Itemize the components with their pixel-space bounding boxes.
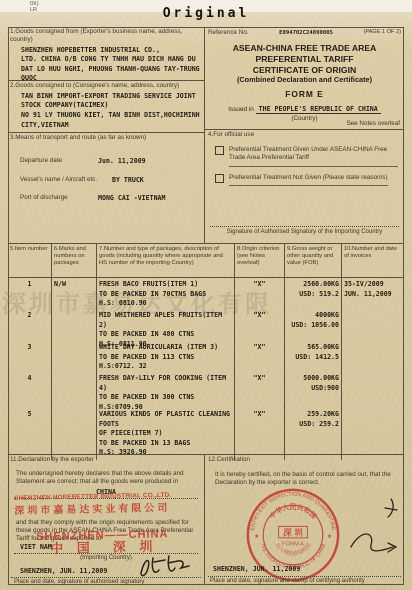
certifier-signature-caption: Place and date, signature and stamp of c…	[210, 578, 365, 586]
certifier-place-date: SHENZHEN, JUN. 11,2009	[213, 565, 300, 575]
svg-text:深 圳: 深 圳	[283, 526, 303, 537]
row-invoice	[342, 341, 404, 374]
issued-in-label: Issued in	[228, 106, 254, 113]
handwritten-scribble	[345, 495, 403, 565]
col-invoices: 10.Number and date of invoices	[342, 244, 404, 277]
col-origin-criterion: 8.Origin criterion (see Notes overleaf)	[235, 244, 285, 277]
table-row: 1 N/W FRESH BACO FRUITS(ITEM 1) TO BE PA…	[8, 278, 404, 309]
box3-label: 3.Means of transport and route (as far a…	[8, 133, 204, 143]
vessel-label: Vessel's name / Aircraft etc.	[20, 176, 112, 186]
preferential-not-given-label: Preferential Treatment Not Given (Please…	[229, 174, 388, 187]
page-number-label: (PAGE 1 OF 2)	[363, 29, 401, 37]
box2-goods-consigned-to: 2.Goods consigned to (Consignee's name, …	[8, 81, 205, 133]
reference-no-label: Reference No.	[208, 29, 249, 37]
certification-text: It is hereby certified, on the basis of …	[215, 471, 395, 487]
box2-label: 2.Goods consigned to (Consignee's name, …	[8, 81, 204, 91]
row-weight: 565.00KG USD: 1412.5	[285, 341, 342, 374]
box4-for-official-use: 4.For official use Preferential Treatmen…	[205, 130, 404, 243]
exporter-place-date: SHENZHEN, JUN. 11,2009	[20, 567, 107, 577]
goods-table-header: 5.Item number 6.Marks and numbers on pac…	[8, 243, 404, 278]
row-marks	[52, 408, 97, 460]
box4-label: 4.For official use	[205, 130, 404, 140]
box1-goods-consigned-from: 1.Goods consigned from (Exporter's busin…	[8, 27, 205, 81]
table-row: 5 VARIOUS KINDS OF PLASTIC CLEANING FOOT…	[8, 408, 404, 455]
document-copy-label: Original	[0, 6, 412, 21]
title-line-2: PREFERENTIAL TARIFF	[205, 54, 404, 65]
row-weight: 2560.00KG USD: 519.2	[285, 278, 342, 311]
vessel-value: BY TRUCK	[112, 176, 144, 186]
svg-text:★: ★	[254, 533, 259, 540]
box11-declaration: 11.Declaration by the exporter The under…	[8, 455, 205, 585]
row-item: 5	[8, 408, 52, 460]
row-invoice	[342, 408, 404, 460]
row-item: 3	[8, 341, 52, 374]
box12-certification: 12.Certification It is hereby certified,…	[205, 455, 404, 585]
box11-label: 11.Declaration by the exporter	[8, 455, 204, 465]
col-description: 7.Number and type of packages, descripti…	[97, 244, 235, 277]
port-discharge-label: Port of discharge	[20, 194, 98, 204]
preferential-given-label: Preferential Treatment Given Under ASEAN…	[229, 146, 398, 167]
form-e-label: FORM E	[205, 89, 404, 99]
declaration-text-1: The undersigned hereby declares that the…	[16, 470, 194, 486]
see-notes-overleaf: See Notes overleaf	[346, 120, 400, 128]
col-gross-weight: 9.Gross weight or other quantity and val…	[285, 244, 342, 277]
svg-text:ENTRY-EXIT INSPECTION AND QUAR: ENTRY-EXIT INSPECTION AND QUARANTINE	[250, 492, 336, 532]
row-description: VARIOUS KINDS OF PLASTIC CLEANING FOOTS …	[97, 408, 235, 460]
certificate-title-block: Reference No. E094702C24890005 (PAGE 1 O…	[205, 27, 404, 130]
reference-no-value: E094702C24890005	[279, 29, 333, 37]
table-row: 2 MID WHITHERED APLES FRUITS(ITEM 2) TO …	[8, 309, 404, 341]
svg-text:★: ★	[327, 533, 332, 540]
svg-text:FORM A: FORM A	[282, 542, 304, 548]
table-row: 4 FRESH DAY-LILY FOR COOKING (ITEM 4) TO…	[8, 372, 404, 408]
row-origin: "X"	[235, 341, 285, 374]
box1-label: 1.Goods consigned from (Exporter's busin…	[8, 27, 204, 45]
row-weight: 259.20KG USD: 259.2	[285, 408, 342, 460]
exporter-signature-caption: Place and date, signature of authorised …	[14, 579, 144, 587]
col-item-number: 5.Item number	[8, 244, 52, 277]
exporter-stamp-cn: 深圳市嘉易达实业有限公司	[14, 498, 202, 517]
box12-label: 12.Certification	[205, 455, 404, 465]
title-line-3: CERTIFICATE OF ORIGIN	[205, 65, 404, 76]
departure-date-label: Departure date	[20, 157, 98, 167]
box3-means-of-transport: 3.Means of transport and route (as far a…	[8, 133, 205, 243]
row-item: 1	[8, 278, 52, 311]
row-description: WHITE DRY AURICULARIA (ITEM 3) TO BE PAC…	[97, 341, 235, 374]
table-row: 3 WHITE DRY AURICULARIA (ITEM 3) TO BE P…	[8, 341, 404, 372]
row-description: FRESH BACO FRUITS(ITEM 1) TO BE PACKED I…	[97, 278, 235, 311]
official-signature-caption: Signature of Authorised Signatory of the…	[205, 229, 404, 237]
goods-table-body: 1 N/W FRESH BACO FRUITS(ITEM 1) TO BE PA…	[8, 278, 404, 455]
preferential-not-given-checkbox[interactable]	[215, 174, 224, 183]
row-invoice: 35-IV/2009 JUN. 11,2009	[342, 278, 404, 311]
row-origin: "X"	[235, 408, 285, 460]
consignee-value: TAN BINH IMPORT-EXPORT TRADING SERVICE J…	[8, 91, 204, 130]
departure-date-value: Jun. 11,2009	[98, 157, 146, 167]
issued-in-value: THE PEOPLE'S REPUBLIC OF CHINA	[256, 105, 381, 114]
port-discharge-value: MONG CAI -VIETNAM	[98, 194, 166, 204]
row-marks	[52, 341, 97, 374]
exported-to-country: VIET NAM	[20, 543, 52, 553]
title-line-4: (Combined Declaration and Certificate)	[205, 75, 404, 84]
preferential-given-checkbox[interactable]	[215, 146, 224, 155]
row-origin: "X"	[235, 278, 285, 311]
exporter-value: SHENZHEN HOPEBETTER INDUSTRIAL CO., LTD.…	[8, 45, 204, 84]
title-line-1: ASEAN-CHINA FREE TRADE AREA	[205, 43, 404, 54]
col-marks: 6.Marks and numbers on packages	[52, 244, 97, 277]
exporter-stamp: SHENZHEN HOPEBETTER INDUSTRIAL CO.,LTD. …	[14, 491, 202, 517]
row-marks: N/W	[52, 278, 97, 311]
official-signature-line	[210, 226, 399, 227]
